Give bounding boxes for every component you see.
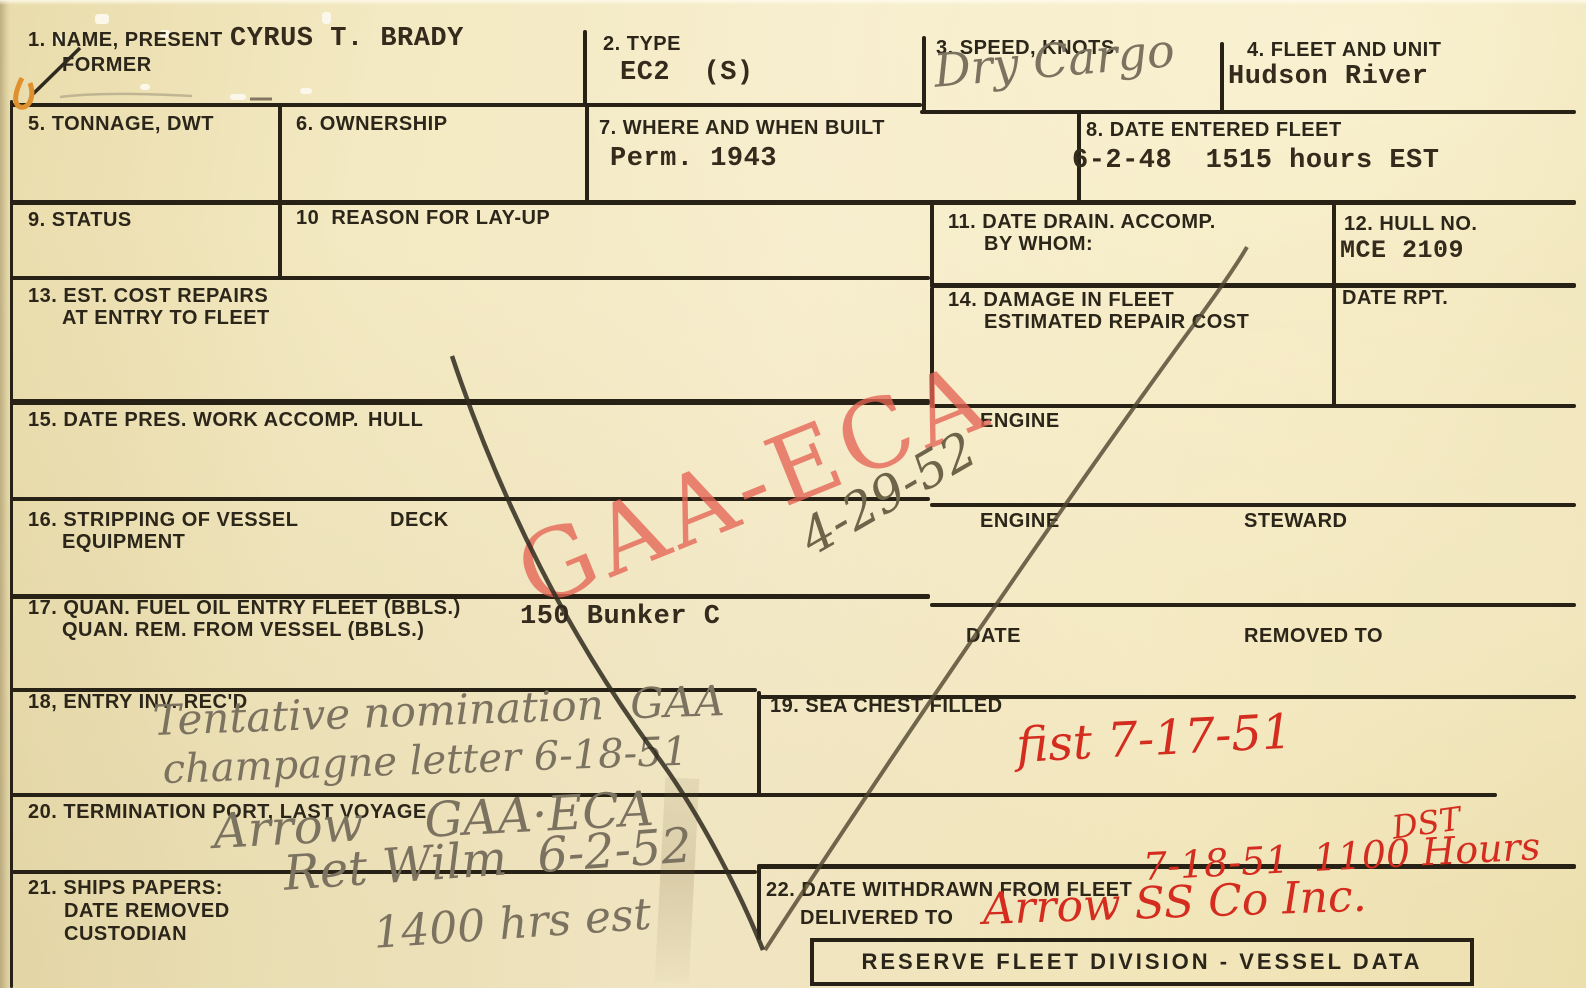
cost-repairs-label: 13. EST. COST REPAIRS [28, 286, 268, 307]
grid-line [10, 100, 13, 988]
grid-line [278, 105, 282, 202]
hull-col-label: HULL [368, 410, 423, 431]
ships-papers-handwriting-2: 1400 hrs est [372, 893, 653, 956]
fuel-oil-label: 17. QUAN. FUEL OIL ENTRY FLEET (BBLS.) [28, 598, 461, 619]
grid-line [10, 200, 1576, 205]
paper-speck [300, 88, 312, 94]
pencil-erasure-stroke [60, 94, 192, 97]
ships-papers-label2: DATE REMOVED [64, 901, 230, 922]
grid-line [1332, 204, 1336, 285]
banner-title: RESERVE FLEET DIVISION - VESSEL DATA [810, 938, 1474, 986]
paper-speck [322, 12, 331, 24]
date-rpt-label: DATE RPT. [1342, 288, 1448, 309]
grid-line [757, 691, 761, 795]
ships-papers-label: 21. SHIPS PAPERS: [28, 878, 223, 899]
stripping-label2: EQUIPMENT [62, 532, 185, 553]
grid-line [585, 105, 589, 202]
date-entered-label: 8. DATE ENTERED FLEET [1086, 120, 1342, 141]
engine-col-label: ENGINE [980, 511, 1060, 532]
damage-label2: ESTIMATED REPAIR COST [984, 312, 1249, 333]
grid-line [10, 399, 930, 405]
damage-label: 14. DAMAGE IN FLEET [948, 290, 1174, 311]
grid-line [1220, 42, 1224, 112]
grid-line [930, 404, 1576, 408]
delivered-handwriting: Arrow SS Co Inc. [982, 875, 1367, 932]
grid-line [10, 103, 922, 107]
paper-speck [95, 14, 109, 24]
grid-line [930, 503, 1576, 507]
grid-line [922, 36, 926, 112]
grid-line [930, 603, 1576, 607]
tonnage-label: 5. TONNAGE, DWT [28, 114, 214, 135]
paper-speck [140, 84, 150, 90]
built-value: Perm. 1943 [610, 146, 777, 173]
stripping-label: 16. STRIPPING OF VESSEL [28, 510, 298, 531]
built-label: 7. WHERE AND WHEN BUILT [599, 118, 885, 139]
grid-line [10, 276, 930, 280]
vessel-data-card: 1. NAME, PRESENT FORMER CYRUS T. BRADY 2… [0, 0, 1586, 988]
status-label: 9. STATUS [28, 210, 132, 231]
date-col-label: DATE [966, 626, 1021, 647]
sea-chest-label: 19. SEA CHEST FILLED [770, 696, 1003, 717]
paper-top-edge [0, 0, 1586, 5]
fleet-unit-value: Hudson River [1228, 64, 1428, 91]
type-label: 2. TYPE [603, 34, 681, 55]
hull-no-value: MCE 2109 [1340, 238, 1464, 263]
stain [655, 777, 700, 983]
ship-name-value: CYRUS T. BRADY [230, 26, 464, 53]
grid-line [930, 283, 1576, 288]
fuel-oil-label2: QUAN. REM. FROM VESSEL (BBLS.) [62, 620, 424, 641]
grid-line [10, 793, 1497, 797]
work-accomp-label: 15. DATE PRES. WORK ACCOMP. [28, 410, 359, 431]
grid-line [583, 30, 587, 105]
grid-line [930, 204, 934, 285]
deck-col-label: DECK [390, 510, 449, 531]
removed-to-label: REMOVED TO [1244, 626, 1383, 647]
ownership-label: 6. OWNERSHIP [296, 114, 448, 135]
cost-repairs-label2: AT ENTRY TO FLEET [62, 308, 270, 329]
drain-label: 11. DATE DRAIN. ACCOMP. [948, 212, 1216, 233]
paper-speck [230, 94, 246, 100]
grid-line [757, 866, 761, 940]
delivered-label: DELIVERED TO [800, 908, 953, 929]
name-former-label: FORMER [62, 55, 152, 76]
type-value: EC2 (S) [620, 60, 754, 87]
hull-no-label: 12. HULL NO. [1344, 214, 1477, 235]
grid-line [920, 110, 1576, 114]
grid-line [1332, 287, 1336, 406]
grid-line [278, 204, 282, 278]
paper-left-edge [0, 0, 10, 988]
date-entered-value: 6-2-48 1515 hours EST [1072, 148, 1439, 175]
sea-chest-handwriting: fist 7-17-51 [1015, 708, 1293, 770]
drain-bywhom-label: BY WHOM: [984, 234, 1093, 255]
layup-label: 10 REASON FOR LAY-UP [296, 208, 550, 229]
ships-papers-label3: CUSTODIAN [64, 924, 187, 945]
steward-col-label: STEWARD [1244, 511, 1348, 532]
fleet-unit-label: 4. FLEET AND UNIT [1247, 40, 1441, 61]
name-present-label: 1. NAME, PRESENT [28, 30, 223, 51]
